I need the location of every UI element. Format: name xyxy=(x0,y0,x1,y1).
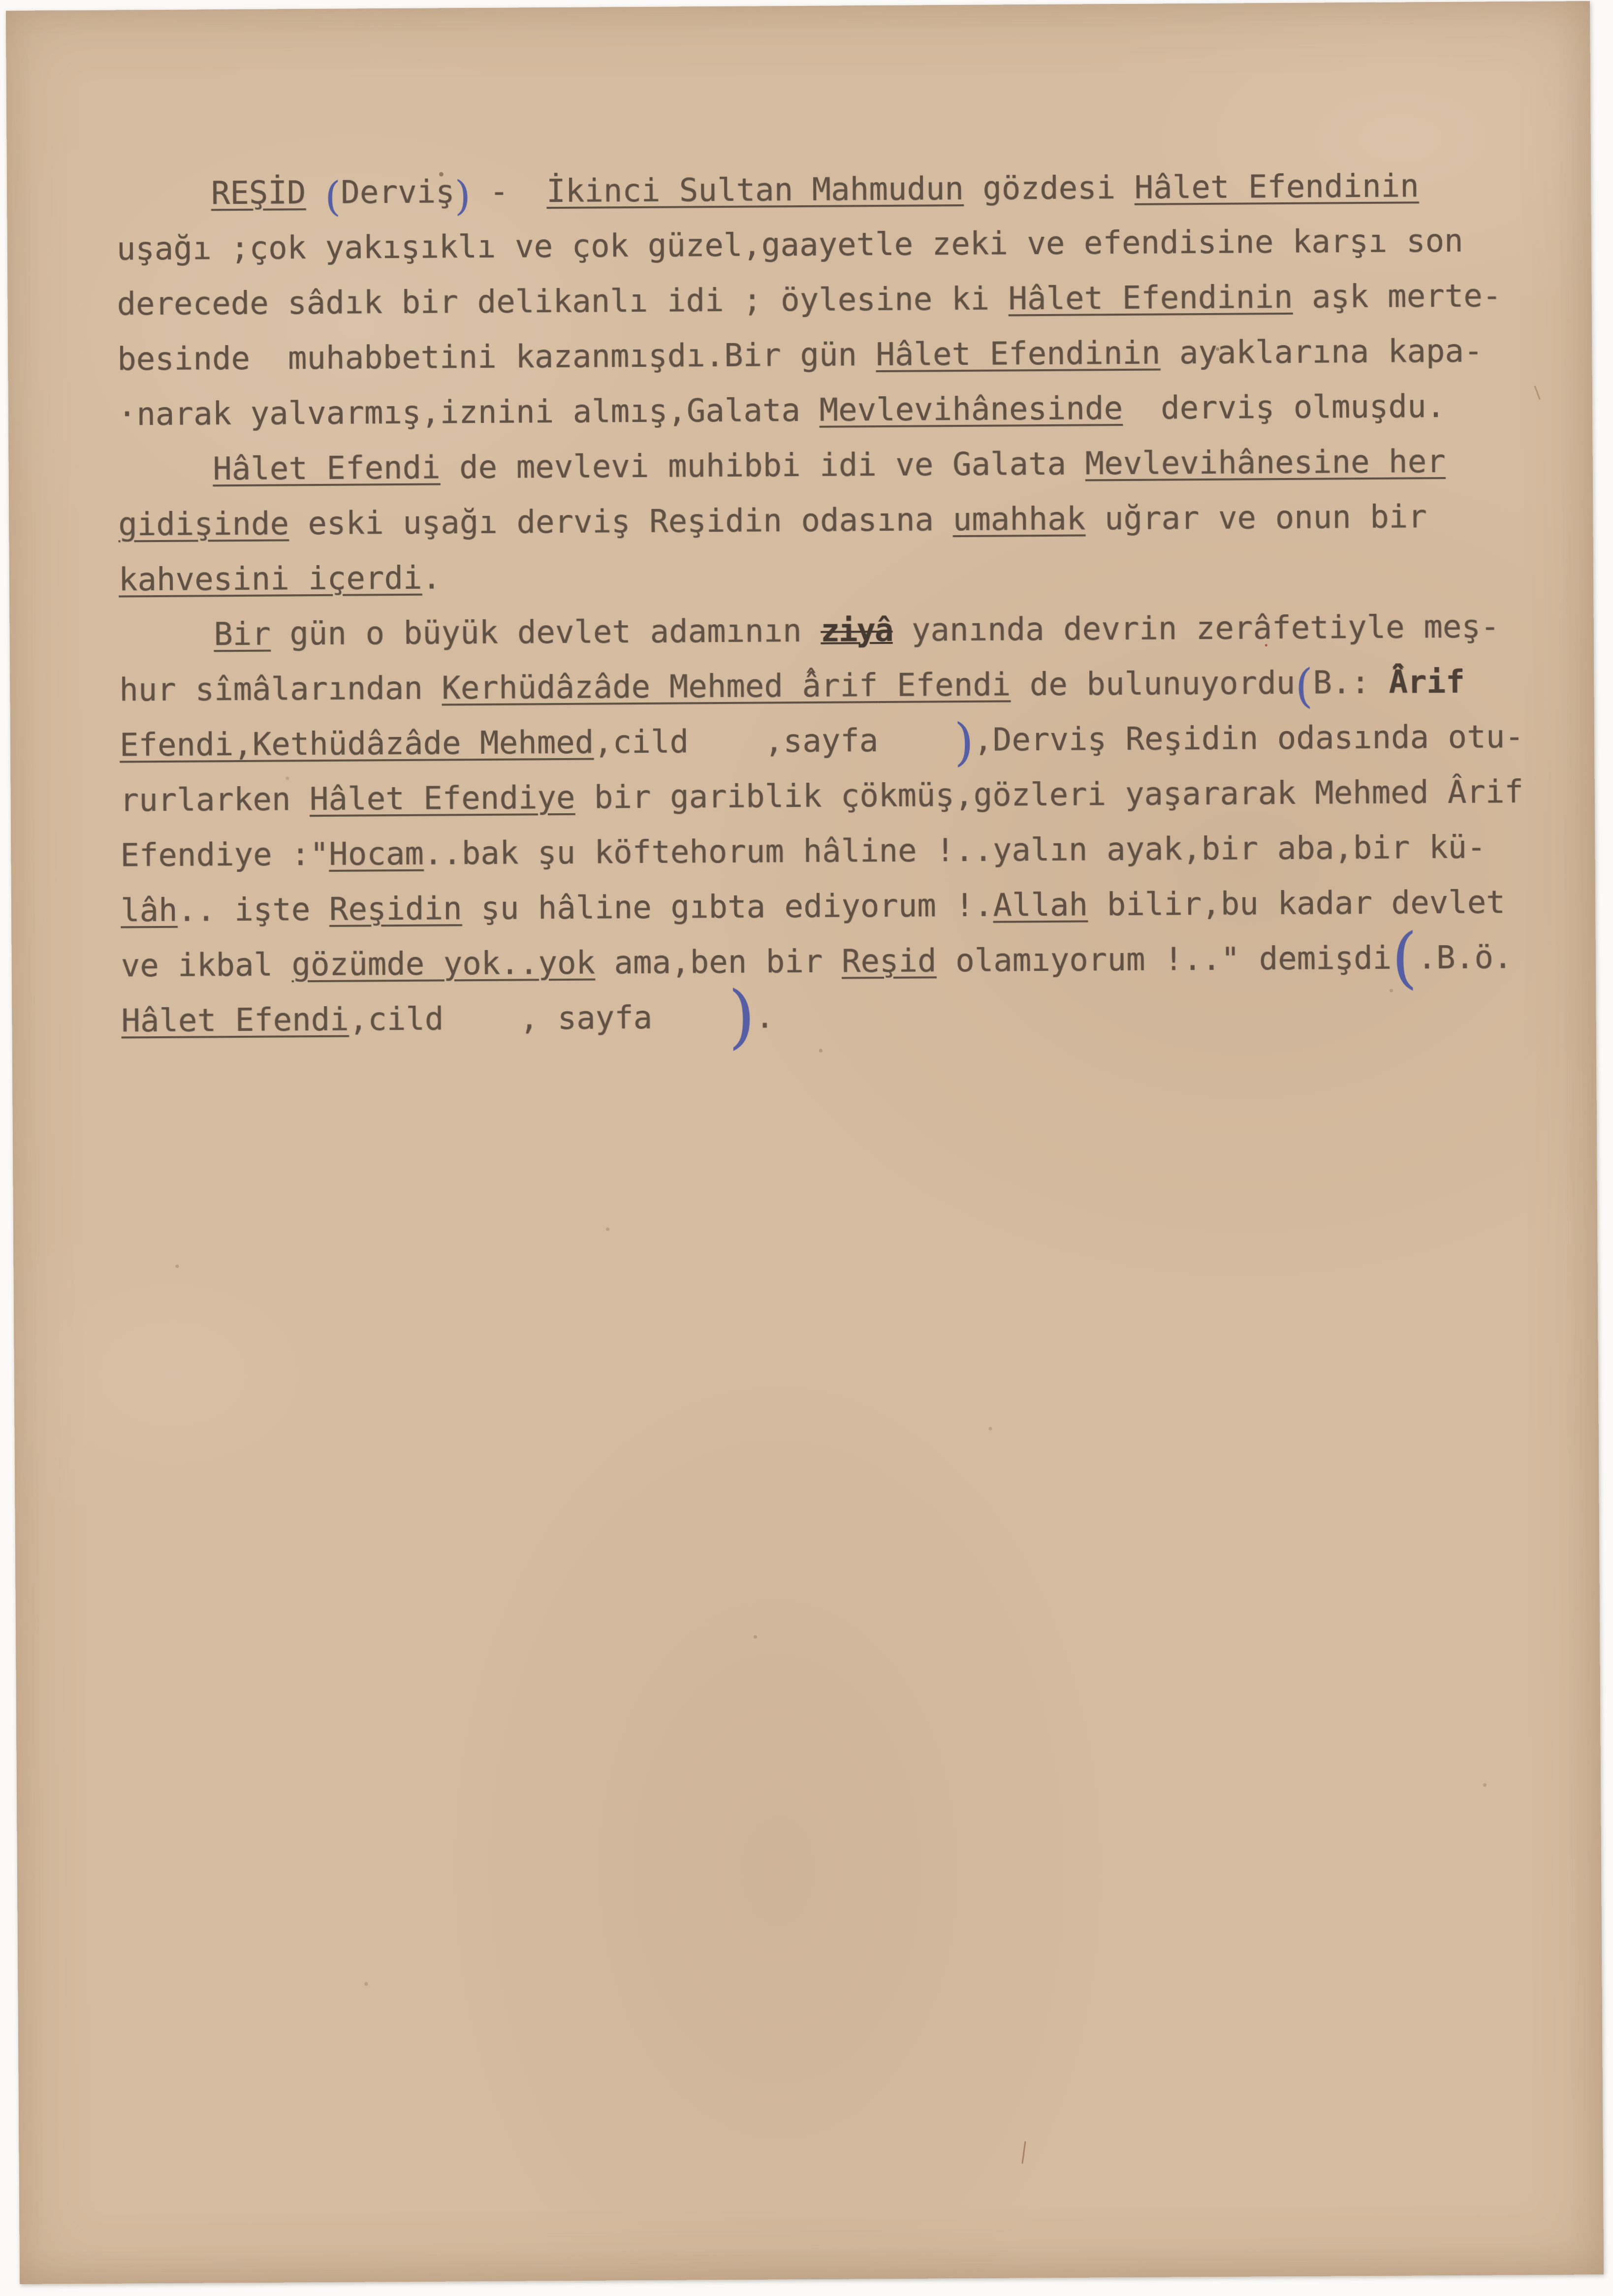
text-segment: Allah xyxy=(993,887,1088,924)
text-segment: Hâlet Efendiye xyxy=(310,780,575,818)
text-segment xyxy=(116,175,211,212)
text-line: Efendiye :"Hocam..bak şu köftehorum hâli… xyxy=(120,820,1563,884)
text-segment: ..bak şu köftehorum hâline !..yalın ayak… xyxy=(424,829,1486,872)
text-segment: Efendiye :" xyxy=(120,836,329,874)
text-segment: Reşidin xyxy=(329,891,462,928)
text-segment: gidişinde xyxy=(118,506,289,543)
text-segment: yanında devrin zerâfetiyle meş- xyxy=(892,608,1499,649)
text-segment: Hâlet Efendinin xyxy=(1008,279,1293,318)
text-segment: ayaklarına kapa- xyxy=(1160,333,1483,372)
text-segment: Hâlet Efendi xyxy=(121,1002,349,1040)
text-line: lâh.. işte Reşidin şu hâline gıbta ediyo… xyxy=(121,875,1563,939)
text-line: rurlarken Hâlet Efendiye bir gariblik çö… xyxy=(120,765,1562,829)
text-line: kahvesini içerdi. xyxy=(119,544,1561,608)
text-segment: gözdesi xyxy=(964,170,1135,207)
text-line: Hâlet Efendi,cild , sayfa ). xyxy=(121,985,1564,1049)
text-line: ve ikbal gözümde yok..yok ama,ben bir Re… xyxy=(121,930,1563,994)
text-segment: derviş olmuşdu. xyxy=(1123,388,1445,427)
text-segment: olamıyorum !.." demişdi xyxy=(936,940,1392,980)
text-segment: hur sîmâlarından xyxy=(119,670,442,708)
text-segment: Hâlet Efendinin xyxy=(876,335,1160,374)
text-segment: . xyxy=(755,999,774,1035)
scan-backdrop: { "colors": { "paper": "#d5bb9f", "typew… xyxy=(0,0,1613,2296)
text-line: Bir gün o büyük devlet adamının ziyâ yan… xyxy=(119,599,1561,663)
text-segment: derecede sâdık bir delikanlı idi ; öyles… xyxy=(117,281,1008,322)
text-segment xyxy=(119,616,214,653)
text-segment: lâh xyxy=(121,893,178,929)
text-segment: B.: xyxy=(1313,665,1389,702)
text-segment: Derviş xyxy=(341,174,455,211)
text-segment: . xyxy=(422,560,441,596)
text-segment: .B.ö. xyxy=(1418,939,1513,976)
text-segment: REŞİD xyxy=(211,175,306,212)
text-line: derecede sâdık bir delikanlı idi ; öyles… xyxy=(117,268,1559,332)
text-segment: Bir xyxy=(214,616,271,653)
text-segment xyxy=(118,451,213,488)
text-segment: gözümde yok..yok xyxy=(291,945,595,984)
text-segment: Ârif xyxy=(1448,774,1524,811)
text-segment: kahvesini içerdi xyxy=(119,560,422,599)
text-segment: ve ikbal xyxy=(121,947,292,984)
text-segment: ama,ben bir xyxy=(595,944,842,982)
text-line: uşağı ;çok yakışıklı ve çok güzel,gaayet… xyxy=(117,213,1559,277)
struck-out-word: ziyâ xyxy=(821,612,893,649)
paper-speck-texture xyxy=(6,11,8,13)
text-segment: umahhak xyxy=(952,501,1085,538)
text-segment: rurlarken xyxy=(120,781,310,819)
text-segment: bir gariblik çökmüş,gözleri yaşararak Me… xyxy=(575,774,1448,816)
text-segment: .. işte xyxy=(177,892,329,929)
text-segment xyxy=(306,175,325,211)
text-segment: bilir,bu kadar devlet xyxy=(1088,884,1505,923)
text-segment: Efendi,Kethüdâzâde Mehmed xyxy=(120,725,594,764)
text-segment: aşk merte- xyxy=(1293,278,1501,316)
text-segment: Efendi xyxy=(878,667,1011,704)
text-segment: Ârif xyxy=(1389,664,1465,701)
document-page: REŞİD (Derviş) - İkinci Sultan Mahmudun … xyxy=(6,1,1604,2284)
text-segment: Mevlevihânesine her xyxy=(1085,444,1446,482)
text-segment: gün o büyük devlet adamının xyxy=(271,613,821,653)
text-segment: Hâlet Efendinin xyxy=(1135,168,1419,206)
text-segment: de bulunuyordu xyxy=(1011,665,1295,703)
text-segment: ârif xyxy=(802,668,878,704)
text-line: gidişinde eski uşağı derviş Reşidin odas… xyxy=(118,489,1561,553)
text-line: Hâlet Efendi de mevlevi muhibbi idi ve G… xyxy=(118,434,1560,498)
text-line: Efendi,Kethüdâzâde Mehmed,cild ,sayfa ),… xyxy=(120,709,1562,773)
text-segment: şu hâline gıbta ediyorum !. xyxy=(462,888,993,927)
text-line: ·narak yalvarmış,iznini almış,Galata Mev… xyxy=(118,379,1560,443)
text-segment: de mevlevi muhibbi idi ve Galata xyxy=(440,446,1085,486)
text-segment: ,Derviş Reşidin odasında otu- xyxy=(974,719,1524,759)
text-segment: Hâlet Efendi xyxy=(213,449,441,487)
text-segment: besinde muhabbetini kazanmışdı.Bir gün xyxy=(117,337,876,378)
text-line: hur sîmâlarından Kerhüdâzâde Mehmed ârif… xyxy=(119,654,1562,718)
text-segment: uşağı ;çok yakışıklı ve çok güzel,gaayet… xyxy=(117,223,1463,268)
text-segment: - xyxy=(471,173,547,210)
text-segment: eski uşağı derviş Reşidin odasına xyxy=(289,502,953,542)
text-segment: ,cild , sayfa xyxy=(349,999,728,1038)
text-segment: Kerhüdâzâde Mehmed xyxy=(442,668,802,706)
text-line: REŞİD (Derviş) - İkinci Sultan Mahmudun … xyxy=(116,158,1559,222)
text-segment: Mevlevihânesinde xyxy=(819,390,1123,429)
text-segment: uğrar ve onun bir xyxy=(1085,499,1427,537)
text-segment: ,cild ,sayfa xyxy=(594,722,954,761)
text-segment: Reşid xyxy=(842,943,937,980)
text-segment: ·narak yalvarmış,iznini almış,Galata xyxy=(118,392,820,433)
text-segment: İkinci Sultan Mahmudun xyxy=(546,171,964,210)
text-line: besinde muhabbetini kazanmışdı.Bir gün H… xyxy=(117,323,1560,387)
text-segment: Hocam xyxy=(329,836,424,873)
paper-fiber xyxy=(1021,2141,1026,2164)
typewritten-text: REŞİD (Derviş) - İkinci Sultan Mahmudun … xyxy=(116,158,1564,1049)
